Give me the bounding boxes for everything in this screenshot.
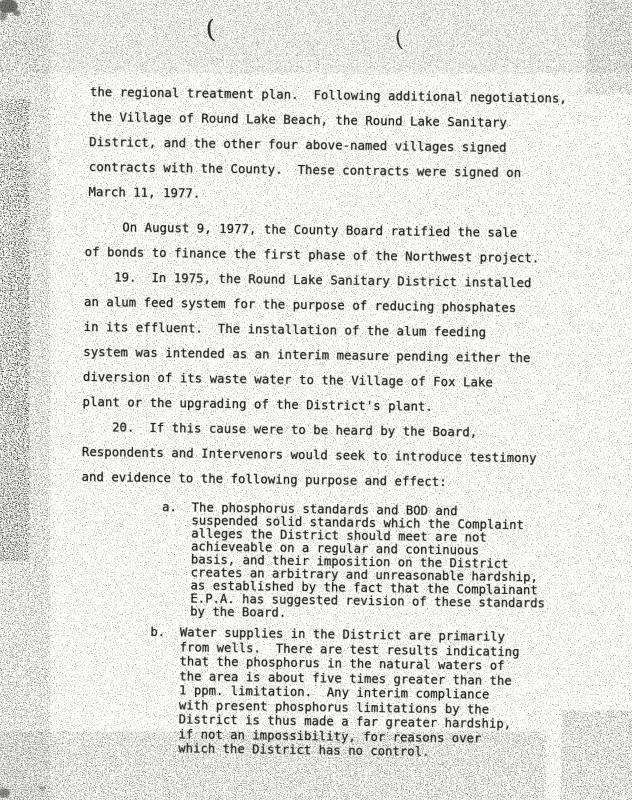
numbered-paragraphs-text: On August 9, 1977, the County Board rati… bbox=[81, 215, 539, 496]
subitem-b-text: b. Water supplies in the District are pr… bbox=[149, 625, 520, 761]
stray-paren-mark-right: ( bbox=[394, 27, 404, 53]
stray-paren-mark-left: ( bbox=[205, 14, 217, 44]
paragraph-continuation-text: the regional treatment plan. Following a… bbox=[88, 80, 567, 212]
scanned-document-page: ( ( the regional treatment plan. Followi… bbox=[0, 0, 632, 800]
subitem-a-text: a. The phosphorus standards and BOD and … bbox=[161, 501, 547, 623]
document-sheet: ( ( the regional treatment plan. Followi… bbox=[0, 0, 632, 800]
